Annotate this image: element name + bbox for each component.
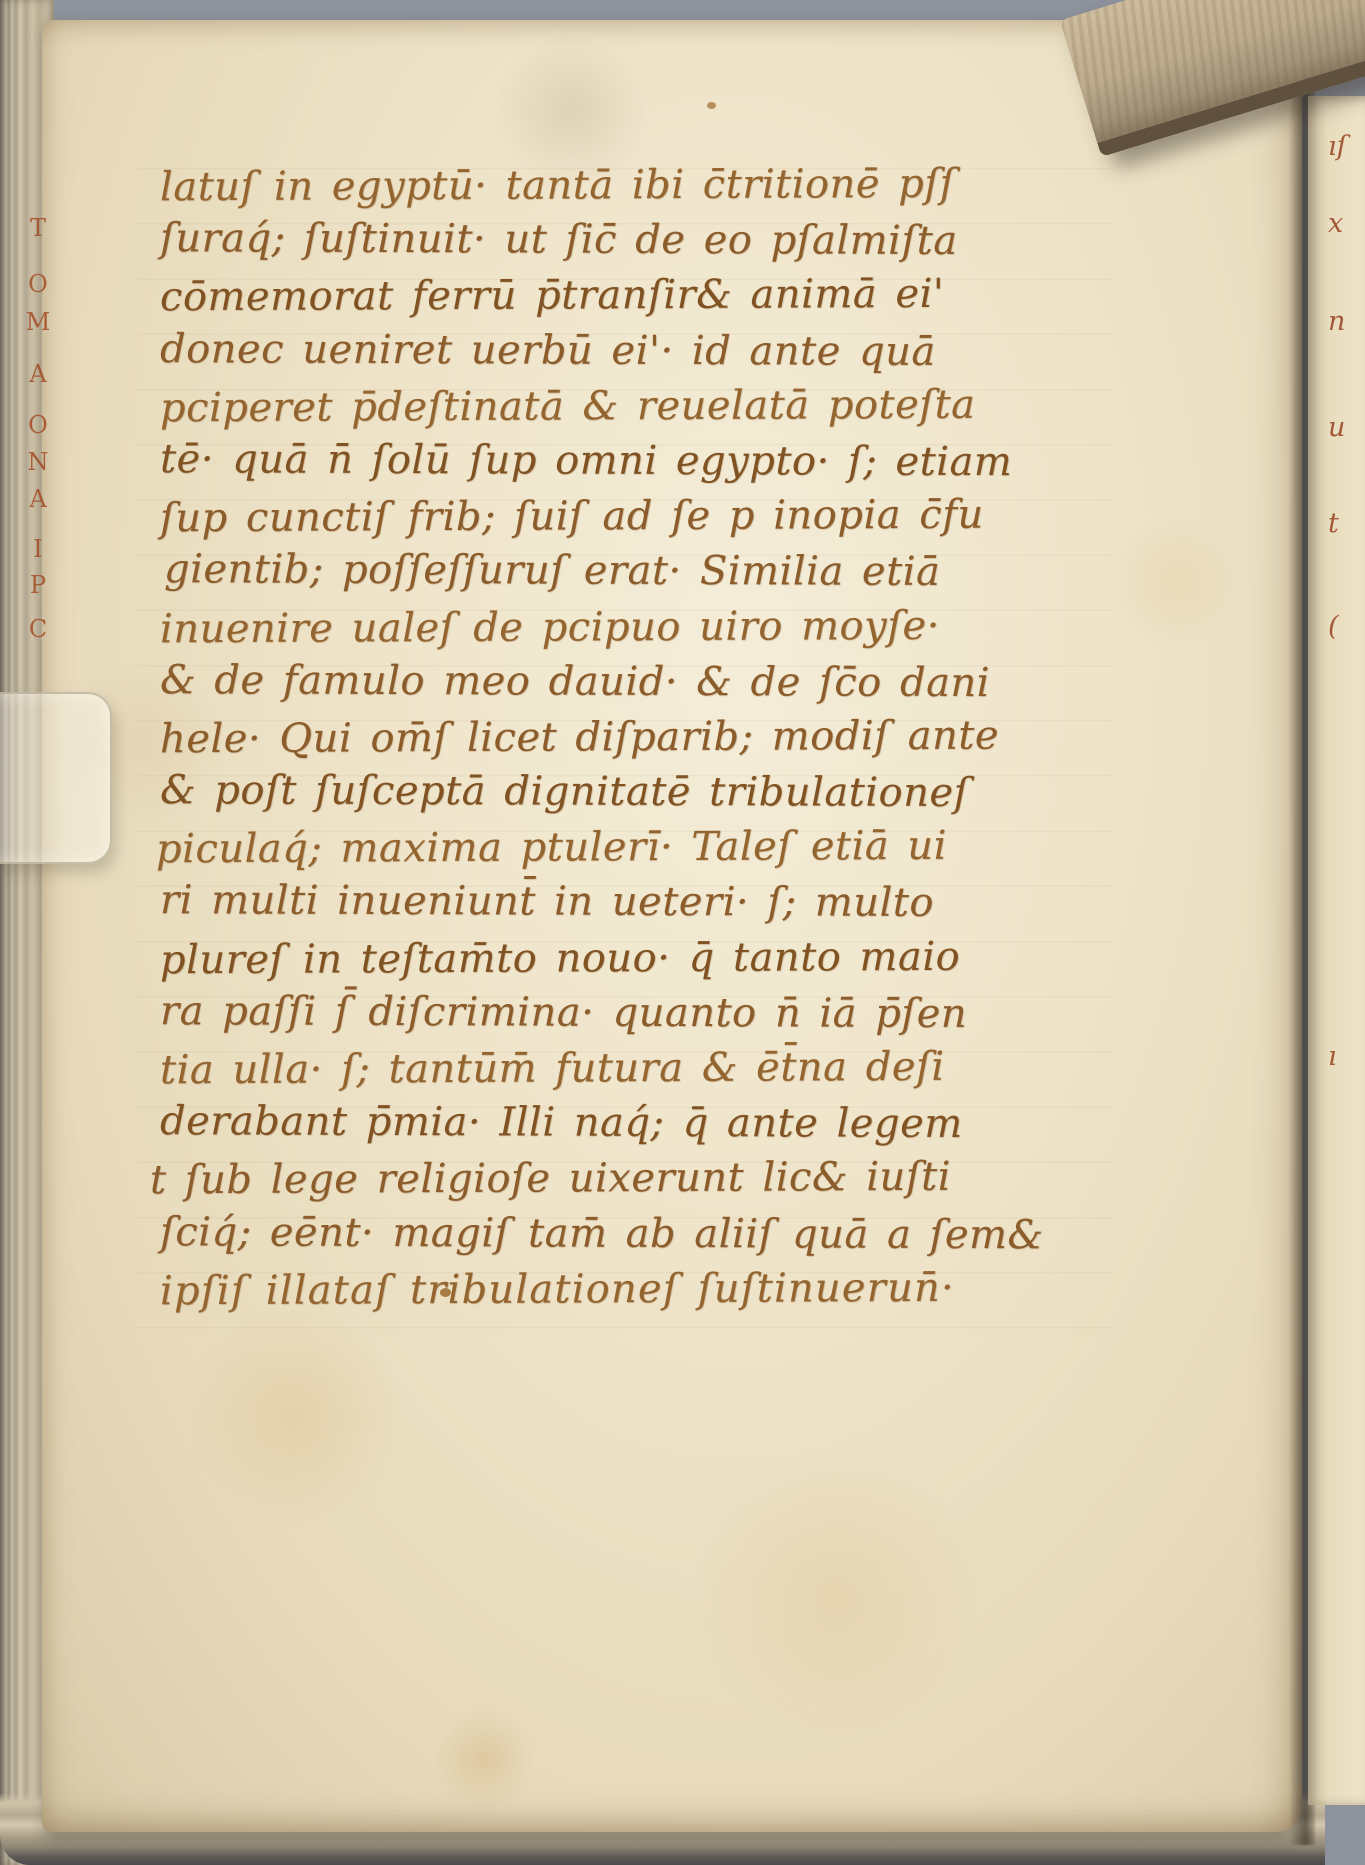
text-line: ſciq́; eēnt· magiſ tam̄ ab aliiſ quā a ſ… [160, 1205, 1200, 1264]
text-line: tē· quā n̄ ſolū ſup omni egypto· ſ; etia… [160, 432, 1200, 491]
margin-letter: A [24, 360, 52, 388]
manuscript-photo: latuſ in egyptū· tantā ibi c̄tritionē pſ… [0, 0, 1365, 1865]
text-line: inuenire ualeſ de pcipuo uiro moyſe· [160, 597, 1200, 657]
margin-letter: A [24, 485, 52, 513]
edge-letter: ı [1328, 1041, 1337, 1072]
text-line: ri multi inueniunt̄ in ueteri· ſ; multo [160, 874, 1200, 933]
text-line: cōmemorat ferrū p̄tranſir& animā ei' [160, 266, 1200, 326]
text-block: latuſ in egyptū· tantā ibi c̄tritionē pſ… [160, 158, 1200, 1317]
next-page-edge: ıſ x n u t ( ı [1308, 96, 1365, 1805]
text-line: & poſt ſuſceptā dignitatē tribulationeſ [160, 763, 1200, 822]
edge-letter: x [1328, 208, 1343, 239]
text-line: latuſ in egyptū· tantā ibi c̄tritionē pſ… [160, 156, 1200, 216]
edge-letter: t [1328, 508, 1339, 539]
text-line: pciperet p̄deſtinatā & reuelatā poteſta [160, 376, 1200, 436]
margin-letter: T [24, 214, 52, 242]
edge-letter: ( [1328, 611, 1339, 642]
ink-speck [707, 102, 716, 109]
text-line: ſup cunctiſ frib; ſuiſ ad ſe p inopia c̄… [160, 487, 1200, 547]
text-line: ra paſſi ſ̄ diſcrimina· quanto n̄ iā p̄ſ… [160, 984, 1200, 1043]
margin-letter: P [24, 571, 52, 599]
text-line: plureſ in teſtam̄to nouo· q̄ tanto maio [160, 928, 1200, 988]
margin-letter: O [24, 270, 52, 298]
edge-letter: ıſ [1328, 131, 1347, 162]
edge-letter: n [1328, 306, 1345, 337]
text-line: t ſub lege religioſe uixerunt lic& iuſti [150, 1149, 1200, 1209]
margin-letter: O [24, 411, 52, 439]
text-line: ipſiſ illataſ tribulationeſ ſuſtinuerun̄… [160, 1259, 1200, 1319]
text-line: gientib; poſſeſſuruſ erat· Similia etiā [164, 543, 1200, 602]
text-line: tia ulla· ſ; tantūm̄ futura & ēt̄na deſi [160, 1039, 1200, 1099]
parchment-page: latuſ in egyptū· tantā ibi c̄tritionē pſ… [42, 20, 1302, 1832]
vellum-tab [0, 692, 112, 864]
margin-letter: C [24, 615, 52, 643]
text-line: hele· Qui om̄ſ licet diſparib; modiſ ant… [160, 708, 1200, 768]
text-line: derabant p̄mia· Illi naq́; q̄ ante legem [160, 1094, 1200, 1153]
margin-letter: I [24, 535, 52, 563]
text-line: ſuraq́; ſuſtinuit· ut ſic̄ de eo pſalmiſ… [160, 211, 1200, 270]
text-line: piculaq́; maxima ptulerī· Taleſ etiā ui [156, 818, 1200, 878]
margin-letter: M [24, 308, 52, 336]
text-line: & de famulo meo dauid· & de ſc̄o dani [160, 653, 1200, 712]
text-line: donec ueniret uerbū ei'· id ante quā [160, 322, 1200, 381]
edge-letter: u [1328, 412, 1345, 443]
margin-letter: N [24, 448, 52, 476]
